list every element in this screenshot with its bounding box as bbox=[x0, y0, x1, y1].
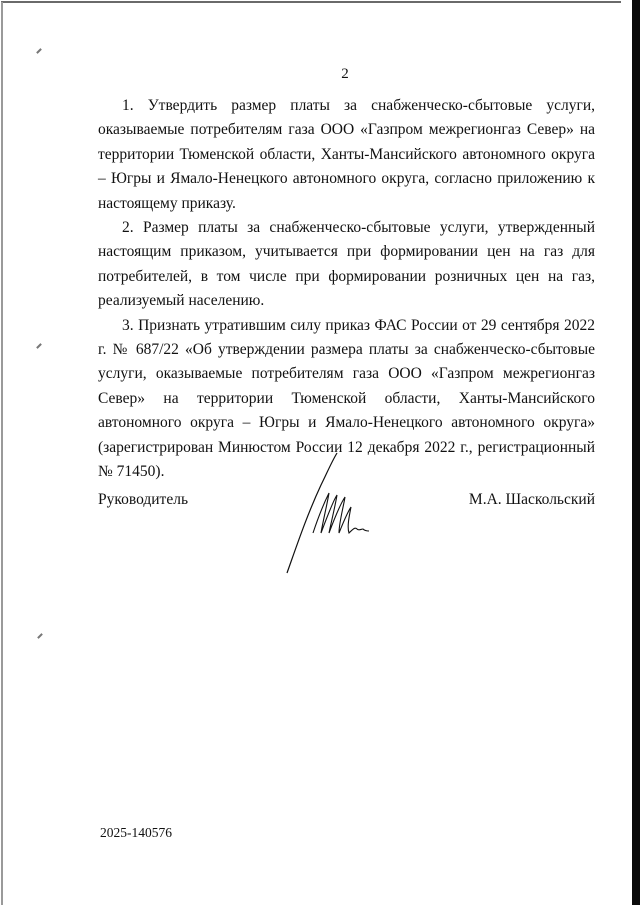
scan-artifact-mark bbox=[36, 343, 42, 349]
scan-artifact-mark bbox=[37, 633, 43, 639]
paragraph-1: 1. Утвердить размер платы за снабженческ… bbox=[98, 94, 595, 216]
scan-border-top bbox=[1, 1, 621, 3]
scan-border-left bbox=[1, 2, 3, 905]
scan-border-right bbox=[632, 0, 640, 905]
document-body: 1. Утвердить размер платы за снабженческ… bbox=[98, 94, 595, 485]
paragraph-2: 2. Размер платы за снабженческо-сбытовые… bbox=[98, 216, 595, 314]
handwritten-signature-icon bbox=[283, 445, 373, 575]
signatory-name: М.А. Шаскольский bbox=[469, 491, 595, 509]
document-page: 2 1. Утвердить размер платы за снабженче… bbox=[0, 0, 640, 905]
scan-artifact-mark bbox=[36, 48, 42, 54]
signatory-role: Руководитель bbox=[98, 491, 188, 509]
document-registration-number: 2025-140576 bbox=[100, 825, 172, 841]
page-number: 2 bbox=[0, 66, 640, 83]
